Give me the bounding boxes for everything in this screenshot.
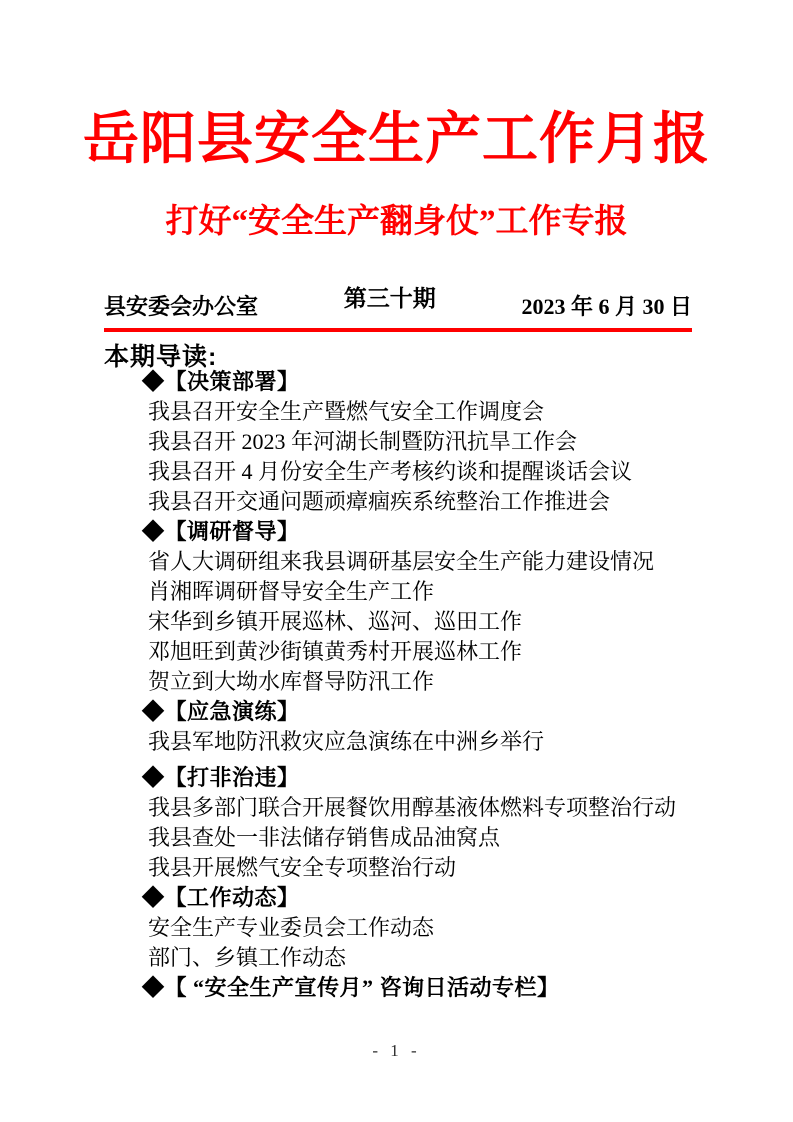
toc-item: 我县开展燃气安全专项整治行动 bbox=[148, 853, 692, 883]
toc-item: 省人大调研组来我县调研基层安全生产能力建设情况 bbox=[148, 547, 692, 577]
document-page: 岳阳县安全生产工作月报 打好“安全生产翻身仗”工作专报 县安委会办公室 第三十期… bbox=[0, 0, 793, 1122]
masthead-office: 县安委会办公室 bbox=[104, 294, 258, 320]
page-footer: - 1 - bbox=[0, 1040, 793, 1062]
masthead: 县安委会办公室 第三十期 2023 年 6 月 30 日 bbox=[104, 288, 692, 320]
toc-item: 我县召开 4 月份安全生产考核约谈和提醒谈话会议 bbox=[148, 457, 692, 487]
doc-title: 岳阳县安全生产工作月报 bbox=[0, 104, 793, 176]
toc-item: 部门、乡镇工作动态 bbox=[148, 943, 692, 973]
toc-item: 贺立到大坳水库督导防汛工作 bbox=[148, 667, 692, 697]
section-heading-safety-publicity-month: ◆【 “安全生产宣传月” 咨询日活动专栏】 bbox=[142, 973, 692, 1003]
toc-item: 我县多部门联合开展餐饮用醇基液体燃料专项整治行动 bbox=[148, 793, 692, 823]
red-divider-line bbox=[104, 328, 692, 332]
section-heading-decision-deployment: ◆【决策部署】 bbox=[142, 367, 692, 397]
toc-item: 我县查处一非法储存销售成品油窝点 bbox=[148, 823, 692, 853]
toc-item: 肖湘晖调研督导安全生产工作 bbox=[148, 577, 692, 607]
toc-item: 我县召开安全生产暨燃气安全工作调度会 bbox=[148, 397, 692, 427]
section-heading-crackdown-violations: ◆【打非治违】 bbox=[142, 763, 692, 793]
toc-item: 我县召开交通问题顽瘴痼疾系统整治工作推进会 bbox=[148, 487, 692, 517]
doc-subtitle: 打好“安全生产翻身仗”工作专报 bbox=[0, 200, 793, 244]
section-heading-work-updates: ◆【工作动态】 bbox=[142, 883, 692, 913]
page-number: - 1 - bbox=[372, 1041, 420, 1060]
toc-item: 我县召开 2023 年河湖长制暨防汛抗旱工作会 bbox=[148, 427, 692, 457]
section-heading-emergency-drill: ◆【应急演练】 bbox=[142, 697, 692, 727]
toc-item: 安全生产专业委员会工作动态 bbox=[148, 913, 692, 943]
toc: ◆【决策部署】 我县召开安全生产暨燃气安全工作调度会 我县召开 2023 年河湖… bbox=[148, 367, 692, 1003]
section-heading-research-supervision: ◆【调研督导】 bbox=[142, 517, 692, 547]
masthead-issue-number: 第三十期 bbox=[344, 286, 436, 312]
toc-item: 宋华到乡镇开展巡林、巡河、巡田工作 bbox=[148, 607, 692, 637]
toc-item: 邓旭旺到黄沙街镇黄秀村开展巡林工作 bbox=[148, 637, 692, 667]
masthead-date: 2023 年 6 月 30 日 bbox=[521, 294, 692, 320]
toc-item: 我县军地防汛救灾应急演练在中洲乡举行 bbox=[148, 727, 692, 757]
